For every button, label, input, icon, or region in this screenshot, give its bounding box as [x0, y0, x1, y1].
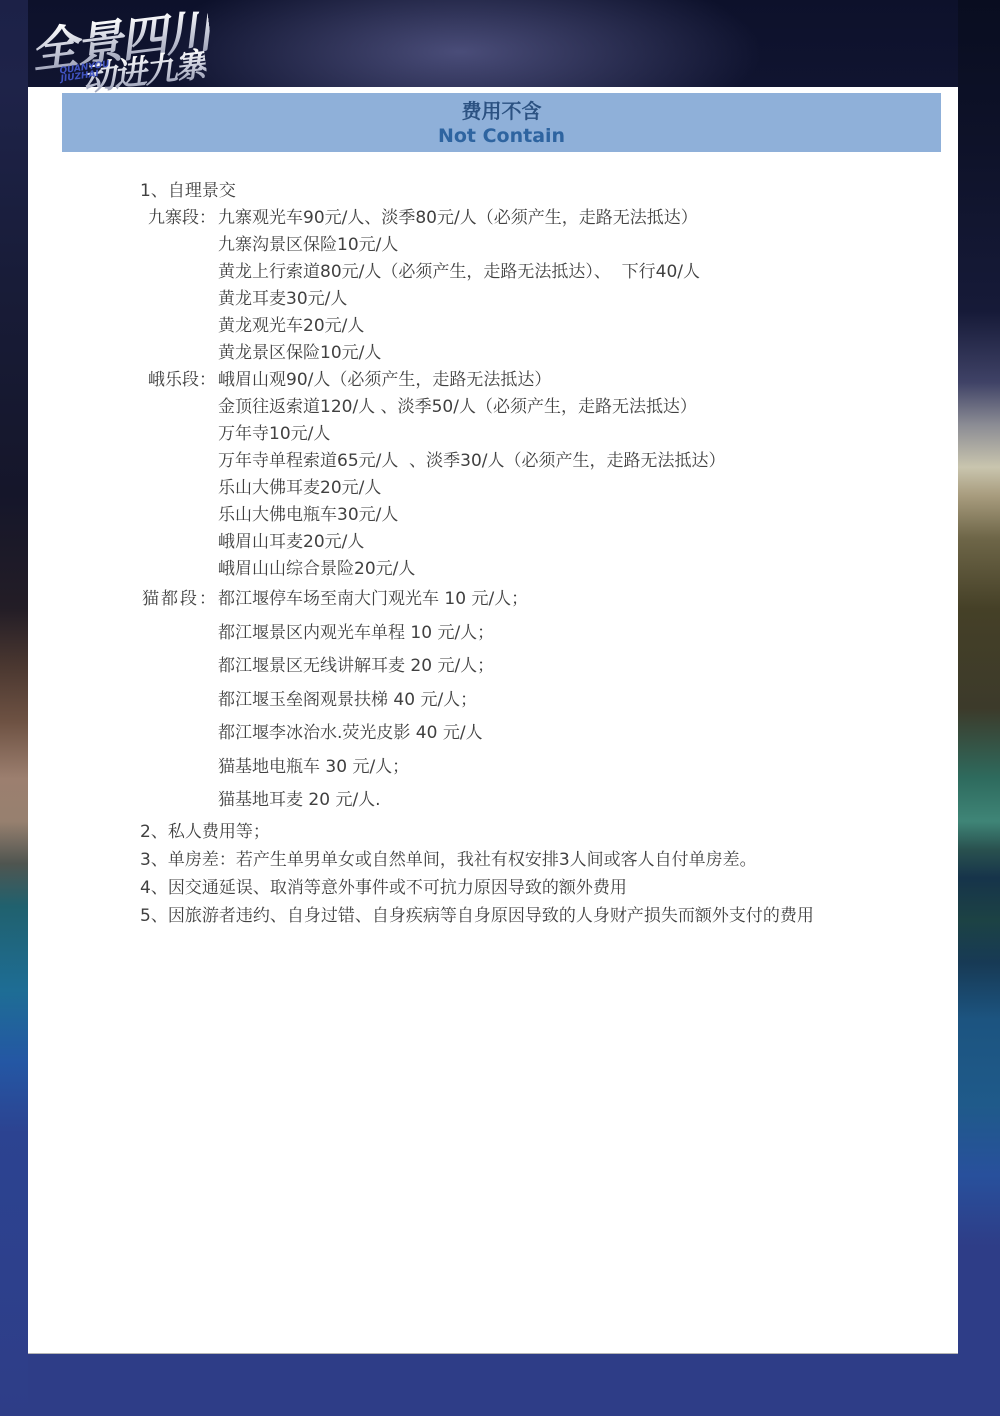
fee-line: 九寨观光车90元/人、淡季80元/人（必须产生，走路无法抵达） — [218, 205, 700, 232]
fee-line: 乐山大佛耳麦20元/人 — [218, 475, 726, 502]
fee-section-ele-lines: 峨眉山观90/人（必须产生，走路无法抵达） 金顶往返索道120/人 、淡季50/… — [218, 367, 726, 583]
fee-line: 猫基地耳麦 20 元/人. — [218, 784, 528, 818]
fee-line: 都江堰景区内观光车单程 10 元/人； — [218, 617, 528, 651]
fee-section-jiuzhai-lines: 九寨观光车90元/人、淡季80元/人（必须产生，走路无法抵达） 九寨沟景区保险1… — [218, 205, 700, 367]
fee-line: 峨眉山观90/人（必须产生，走路无法抵达） — [218, 367, 726, 394]
fee-item-2: 2、私人费用等； — [140, 818, 938, 846]
page-background: 全景四川 动进九寨 QUANYOU JIUZHAI 费用不含 Not Conta… — [0, 0, 1000, 1416]
fee-line: 黄龙景区保险10元/人 — [218, 340, 700, 367]
fee-line: 峨眉山山综合景险20元/人 — [218, 556, 726, 583]
fee-section-maodu: 猫都段： 都江堰停车场至南大门观光车 10 元/人； 都江堰景区内观光车单程 1… — [140, 583, 938, 818]
fee-section-maodu-lines: 都江堰停车场至南大门观光车 10 元/人； 都江堰景区内观光车单程 10 元/人… — [218, 583, 528, 818]
fee-line: 金顶往返索道120/人 、淡季50/人（必须产生，走路无法抵达） — [218, 394, 726, 421]
section-title-en: Not Contain — [62, 124, 941, 149]
fee-line: 猫基地电瓶车 30 元/人； — [218, 751, 528, 785]
fee-line: 都江堰景区无线讲解耳麦 20 元/人； — [218, 650, 528, 684]
background-photo-left-edge — [0, 0, 28, 1416]
background-photo-right-edge — [958, 0, 1000, 1416]
fee-line: 都江堰停车场至南大门观光车 10 元/人； — [218, 583, 528, 617]
fee-section-jiuzhai-label: 九寨段： — [140, 205, 218, 367]
fee-line: 九寨沟景区保险10元/人 — [218, 232, 700, 259]
fee-exclusion-list: 1、自理景交 九寨段： 九寨观光车90元/人、淡季80元/人（必须产生，走路无法… — [28, 178, 958, 930]
fee-line: 都江堰李冰治水.荧光皮影 40 元/人 — [218, 717, 528, 751]
section-header-bar: 费用不含 Not Contain — [62, 93, 941, 152]
fee-line: 都江堰玉垒阁观景扶梯 40 元/人； — [218, 684, 528, 718]
fee-section-ele: 峨乐段： 峨眉山观90/人（必须产生，走路无法抵达） 金顶往返索道120/人 、… — [140, 367, 938, 583]
fee-item-3: 3、单房差：若产生单男单女或自然单间，我社有权安排3人间或客人自付单房差。 — [140, 846, 938, 874]
fee-item-4: 4、因交通延误、取消等意外事件或不可抗力原因导致的额外费用 — [140, 874, 938, 902]
fee-line: 万年寺单程索道65元/人 、淡季30/人（必须产生，走路无法抵达） — [218, 448, 726, 475]
section-title-zh: 费用不含 — [62, 99, 941, 124]
fee-line: 峨眉山耳麦20元/人 — [218, 529, 726, 556]
fee-section-maodu-label: 猫都段： — [140, 583, 218, 818]
fee-item-5: 5、因旅游者违约、自身过错、自身疾病等自身原因导致的人身财产损失而额外支付的费用 — [140, 902, 938, 930]
document-sheet: 费用不含 Not Contain 1、自理景交 九寨段： 九寨观光车90元/人、… — [28, 87, 958, 1354]
fee-item-1: 1、自理景交 — [140, 178, 938, 205]
fee-line: 万年寺10元/人 — [218, 421, 726, 448]
fee-section-jiuzhai: 九寨段： 九寨观光车90元/人、淡季80元/人（必须产生，走路无法抵达） 九寨沟… — [140, 205, 938, 367]
fee-line: 黄龙上行索道80元/人（必须产生，走路无法抵达）、 下行40/人 — [218, 259, 700, 286]
fee-line: 黄龙观光车20元/人 — [218, 313, 700, 340]
fee-line: 乐山大佛电瓶车30元/人 — [218, 502, 726, 529]
fee-section-ele-label: 峨乐段： — [140, 367, 218, 583]
fee-items-2-5: 2、私人费用等； 3、单房差：若产生单男单女或自然单间，我社有权安排3人间或客人… — [140, 818, 938, 930]
brand-logo: 全景四川 动进九寨 QUANYOU JIUZHAI — [28, 0, 258, 96]
fee-line: 黄龙耳麦30元/人 — [218, 286, 700, 313]
